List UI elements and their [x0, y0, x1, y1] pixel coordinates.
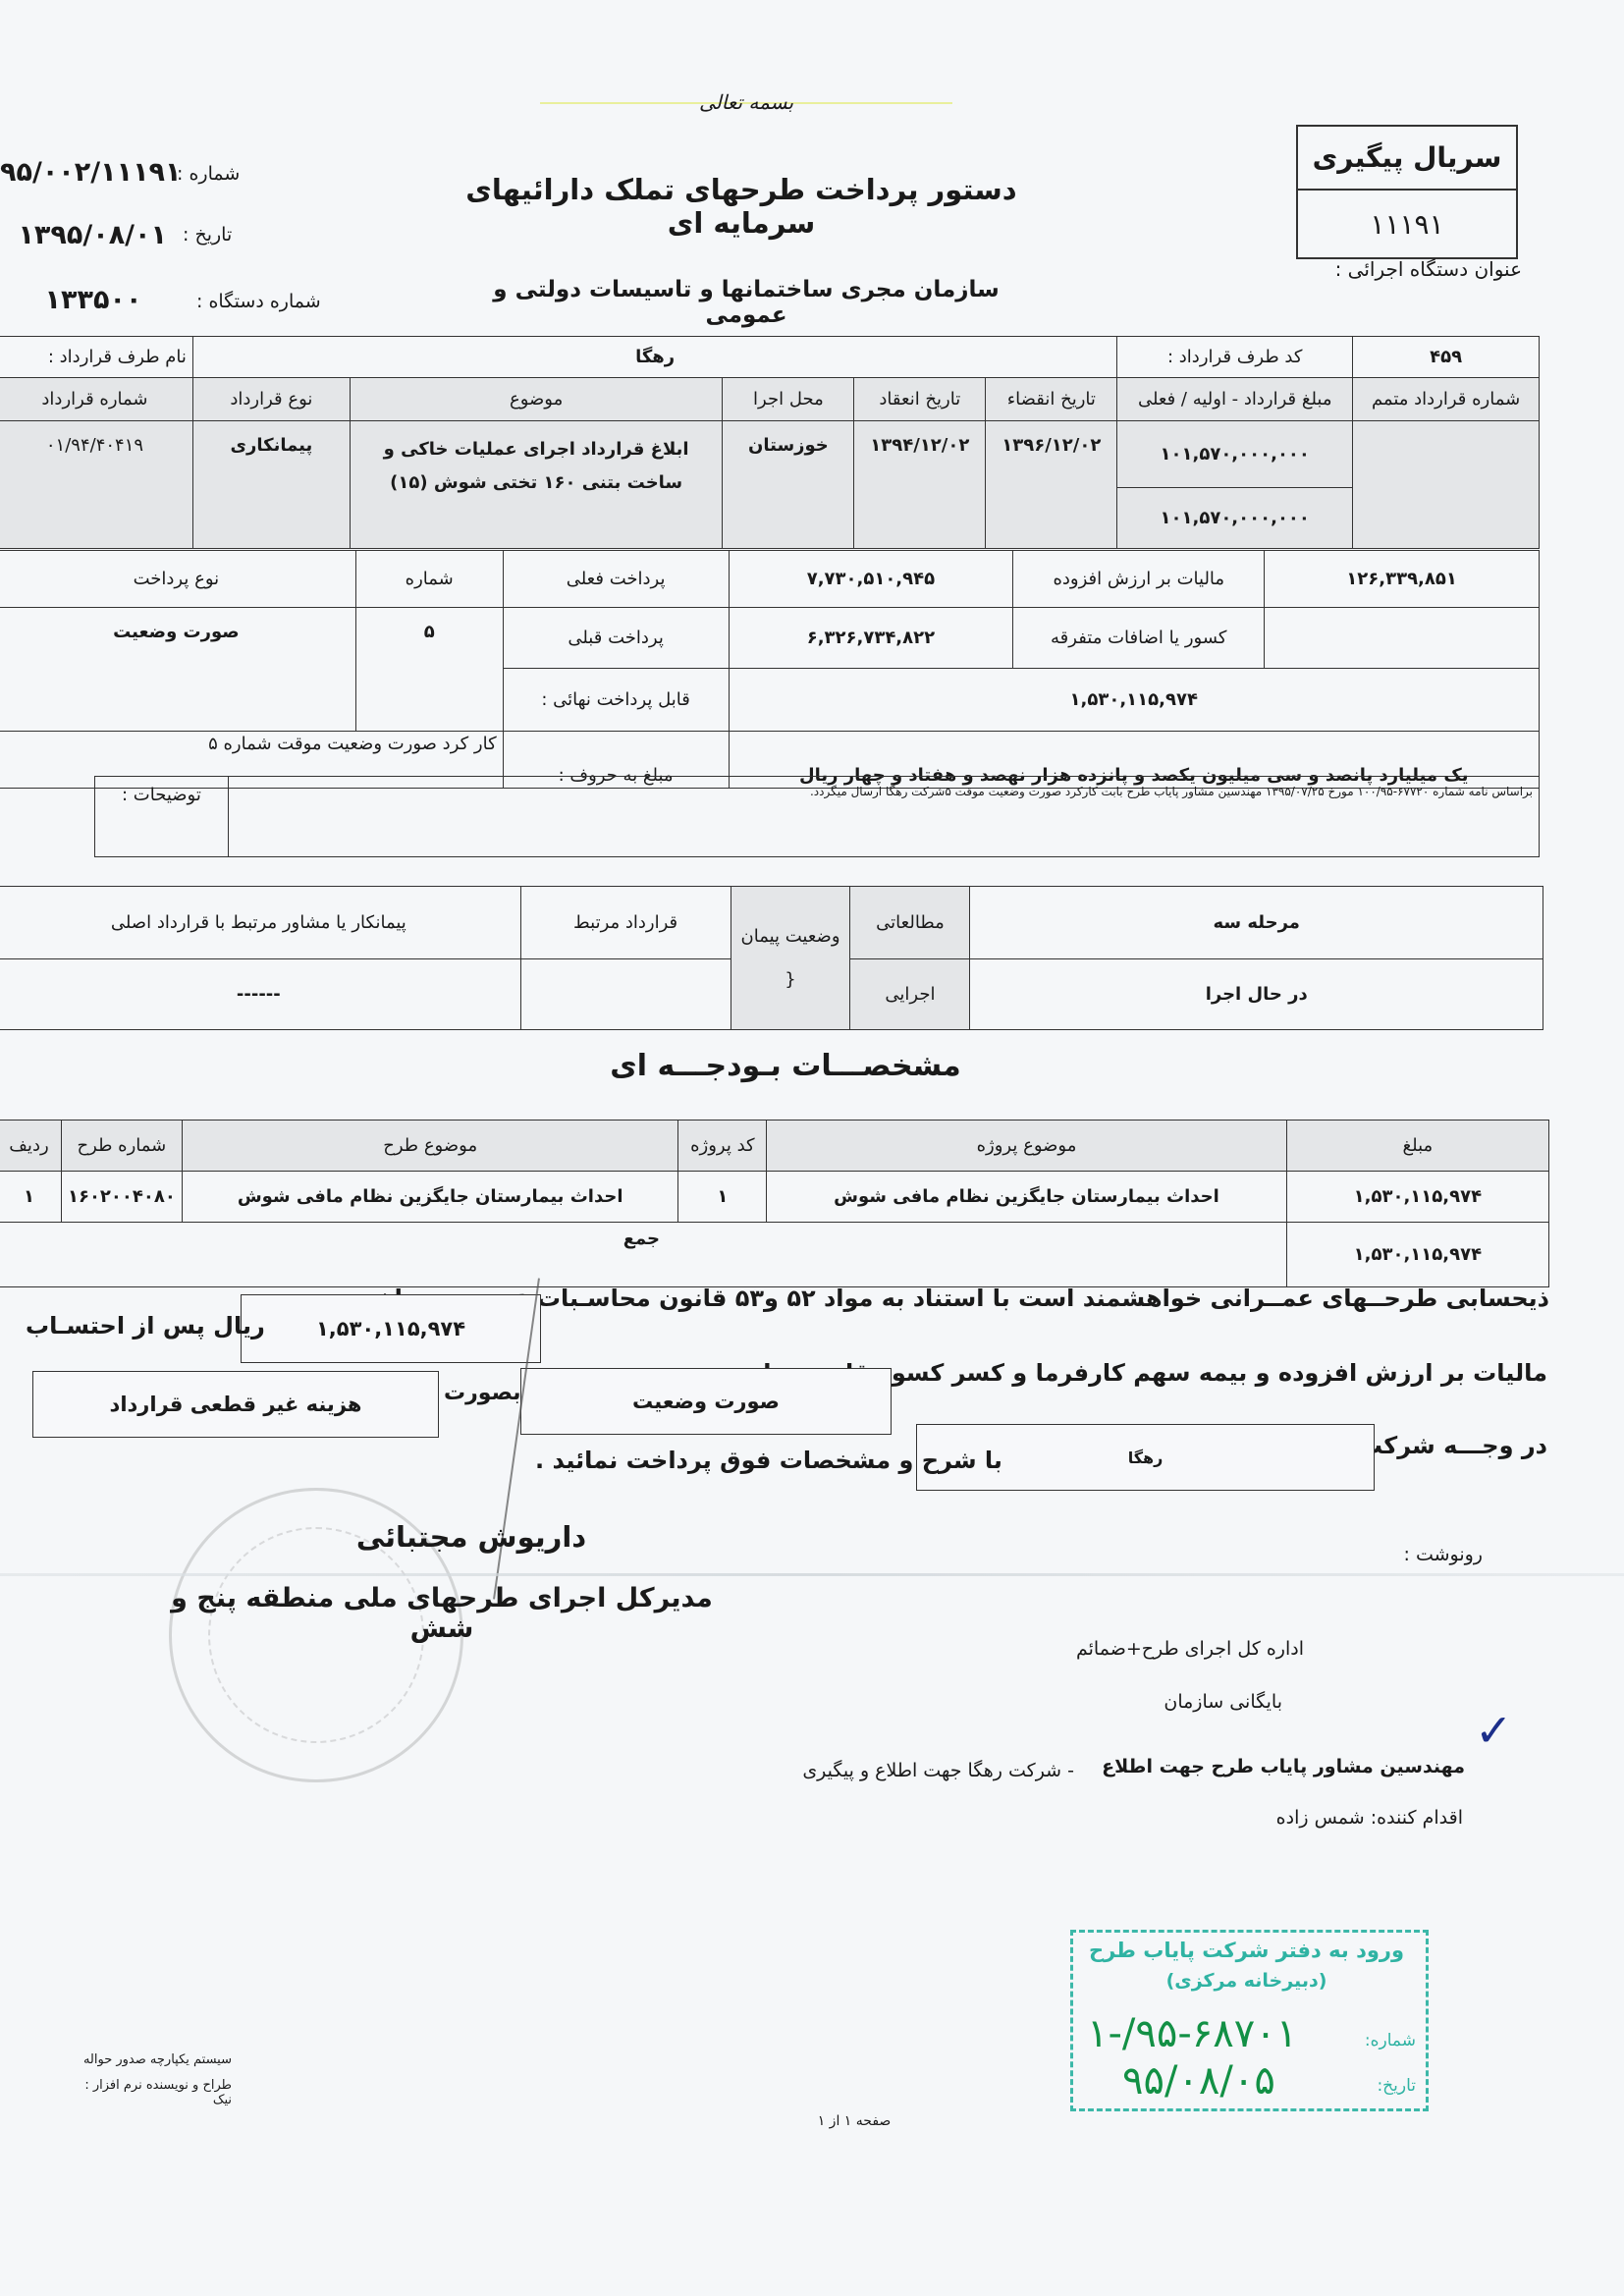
party-code-value: ۴۵۹ — [1353, 337, 1540, 378]
order-line-1: ذیحسابی طرحــهای عمــرانی خواهشمند است ب… — [377, 1285, 1549, 1312]
conclusion-date-value: ۱۳۹۴/۱۲/۰۲ — [854, 421, 986, 549]
order-line-3: در وجـــه شرکت — [1359, 1432, 1547, 1459]
order-line-3-end: با شرح و مشخصات فوق پرداخت نمائید . — [535, 1447, 1002, 1474]
vat-label: مالیات بر ارزش افزوده — [1013, 551, 1265, 608]
budget-project-code: ۱ — [678, 1172, 767, 1223]
checkmark-icon: ✓ — [1475, 1704, 1513, 1757]
current-payment-label: پرداخت فعلی — [503, 551, 729, 608]
budget-table: مبلغ موضوع پروژه کد پروژه موضوع طرح شمار… — [0, 1120, 1549, 1287]
order-as-label: بصورت — [444, 1381, 521, 1405]
description-margin — [0, 777, 94, 857]
amount-current-value: ۱۰۱,۵۷۰,۰۰۰,۰۰۰ — [1117, 488, 1353, 549]
execution-value: در حال اجرا — [970, 959, 1543, 1030]
final-payable-value: ۱,۵۳۰,۱۱۵,۹۷۴ — [729, 669, 1540, 732]
number-value: ۹۵/۰۰۲/۱۱۱۹۱ — [0, 157, 167, 188]
misc-value — [1265, 608, 1540, 669]
copy-item-2: بایگانی سازمان — [1164, 1691, 1282, 1713]
payment-order-document: بسمه تعالی سریال پیگیری ۱۱۱۹۱ دستور پردا… — [0, 0, 1624, 2296]
col-project-subject: موضوع پروژه — [767, 1121, 1286, 1172]
supplement-number-value — [1353, 421, 1540, 549]
payment-table: ۱۲۶,۳۳۹,۸۵۱ مالیات بر ارزش افزوده ۷,۷۳۰,… — [0, 550, 1540, 789]
order-amount-box: ۱,۵۳۰,۱۱۵,۹۷۴ — [241, 1294, 541, 1363]
payment-previous-row: کسور یا اضافات متفرقه ۶,۳۲۶,۷۳۴,۸۲۲ پردا… — [0, 608, 1540, 669]
contract-data-row: ۱۰۱,۵۷۰,۰۰۰,۰۰۰ ۱۳۹۶/۱۲/۰۲ ۱۳۹۴/۱۲/۰۲ خو… — [0, 421, 1540, 488]
document-title: دستور پرداخت طرحهای تملک دارائیهای سرمای… — [432, 173, 1051, 240]
contract-number-value: ۰۱/۹۴/۴۰۴۱۹ — [0, 421, 192, 549]
budget-row: ۱,۵۳۰,۱۱۵,۹۷۴ احداث بیمارستان جایگزین نظ… — [0, 1172, 1549, 1223]
signatory-title: مدیرکل اجرای طرحهای ملی منطقه پنج و شش — [167, 1583, 717, 1644]
budget-row-number: ۱ — [0, 1172, 61, 1223]
col-contract-type: نوع قرارداد — [192, 378, 350, 421]
stamp-date-value: ۹۵/۰۸/۰۵ — [1122, 2058, 1275, 2104]
number-label: شماره : — [177, 163, 240, 185]
page-number: صفحه ۱ از ۱ — [805, 2113, 903, 2129]
current-payment-value: ۷,۷۳۰,۵۱۰,۹۴۵ — [729, 551, 1013, 608]
copy-item-3: مهندسین مشاور پایاب طرح جهت اطلاع — [1102, 1756, 1465, 1777]
col-plan-subject: موضوع طرح — [182, 1121, 678, 1172]
party-name-value: رهگا — [192, 337, 1116, 378]
budget-section-title: مشخصـــات بـودجـــه ای — [511, 1049, 1060, 1083]
vat-value: ۱۲۶,۳۳۹,۸۵۱ — [1265, 551, 1540, 608]
budget-total-label: جمع — [0, 1223, 1286, 1287]
order-reason-box: صورت وضعیت — [520, 1368, 892, 1435]
budget-total-row: ۱,۵۳۰,۱۱۵,۹۷۴ جمع — [0, 1223, 1549, 1287]
contract-party-row: ۴۵۹ کد طرف قرارداد : رهگا نام طرف قراردا… — [0, 337, 1540, 378]
payment-current-row: ۱۲۶,۳۳۹,۸۵۱ مالیات بر ارزش افزوده ۷,۷۳۰,… — [0, 551, 1540, 608]
agency-label: عنوان دستگاه اجرائی : — [1286, 257, 1522, 281]
location-value: خوزستان — [723, 421, 854, 549]
related-contractor-label: پیمانکار یا مشاور مرتبط با قرارداد اصلی — [0, 887, 520, 959]
tracking-serial-box: سریال پیگیری ۱۱۱۹۱ — [1296, 125, 1518, 259]
col-amount: مبلغ — [1286, 1121, 1548, 1172]
misc-label: کسور یا اضافات متفرقه — [1013, 608, 1265, 669]
final-payable-label: قابل پرداخت نهائی : — [503, 669, 729, 732]
col-location: محل اجرا — [723, 378, 854, 421]
related-contract-label: قرارداد مرتبط — [520, 887, 731, 959]
tracking-serial-value: ۱۱۱۹۱ — [1298, 191, 1516, 257]
previous-payment-label: پرداخت قبلی — [503, 608, 729, 669]
action-by: اقدام کننده: شمس زاده — [1276, 1807, 1463, 1829]
payment-type-label: نوع پرداخت — [0, 551, 355, 608]
budget-plan-subject: احداث بیمارستان جایگزین نظام مافی شوش — [182, 1172, 678, 1223]
contract-type-value: پیمانکاری — [192, 421, 350, 549]
budget-total-value: ۱,۵۳۰,۱۱۵,۹۷۴ — [1286, 1223, 1548, 1287]
payment-type-value: صورت وضعیت — [0, 608, 355, 732]
invocation: بسمه تعالی — [540, 90, 952, 114]
description-text: براساس نامه شماره ۶۷۷۲۰-۱۰۰/۹۵ مورخ ۱۳۹۵… — [228, 777, 1539, 857]
related-contractor-value: ------ — [0, 959, 520, 1030]
study-label: مطالعاتی — [850, 887, 970, 959]
fold-line — [0, 1573, 1624, 1576]
related-contract-value — [520, 959, 731, 1030]
col-plan-number: شماره طرح — [61, 1121, 182, 1172]
payment-number-value: ۵ — [355, 608, 503, 732]
col-subject: موضوع — [350, 378, 723, 421]
previous-payment-value: ۶,۳۲۶,۷۳۴,۸۲۲ — [729, 608, 1013, 669]
col-expiry-date: تاریخ انقضاء — [986, 378, 1117, 421]
contract-table: ۴۵۹ کد طرف قرارداد : رهگا نام طرف قراردا… — [0, 336, 1540, 549]
payment-number-label: شماره — [355, 551, 503, 608]
entry-stamp: ورود به دفتر شرکت پایاب طرح (دبیرخانه مر… — [1070, 1930, 1429, 2111]
budget-plan-number: ۱۶۰۲۰۰۴۰۸۰ — [61, 1172, 182, 1223]
description-table: براساس نامه شماره ۶۷۷۲۰-۱۰۰/۹۵ مورخ ۱۳۹۵… — [0, 776, 1540, 857]
order-line-1-end: ریال پس از احتسـاب — [26, 1312, 265, 1339]
party-code-label: کد طرف قرارداد : — [1117, 337, 1353, 378]
contract-status-label: وضعیت پیمان { — [731, 887, 850, 1030]
party-name-label: نام طرف قرارداد : — [0, 337, 192, 378]
tracking-serial-label: سریال پیگیری — [1298, 127, 1516, 191]
col-project-code: کد پروژه — [678, 1121, 767, 1172]
date-label: تاریخ : — [183, 224, 232, 246]
budget-amount: ۱,۵۳۰,۱۱۵,۹۷۴ — [1286, 1172, 1548, 1223]
col-conclusion-date: تاریخ انعقاد — [854, 378, 986, 421]
study-value: مرحله سه — [970, 887, 1543, 959]
description-label: توضیحات : — [94, 777, 228, 857]
agency-number-value: ۱۳۳۵۰۰ — [20, 285, 167, 315]
stamp-number-label: شماره: — [1365, 2031, 1416, 2050]
copy-item-4: - شرکت رهگا جهت اطلاع و پیگیری — [802, 1760, 1074, 1781]
col-contract-number: شماره قرارداد — [0, 378, 192, 421]
budget-project-subject: احداث بیمارستان جایگزین نظام مافی شوش — [767, 1172, 1286, 1223]
footer-system-line-2: طراح و نویسنده نرم افزار : نیک — [65, 2078, 232, 2107]
stamp-number-value: ۱-/۹۵-۶۸۷۰۱ — [1087, 2011, 1297, 2056]
contract-header-row: شماره قرارداد متمم مبلغ قرارداد - اولیه … — [0, 378, 1540, 421]
agency-number-label: شماره دستگاه : — [196, 291, 321, 312]
order-form-box: هزینه غیر قطعی قرارداد — [32, 1371, 439, 1438]
contract-status-table: مرحله سه مطالعاتی وضعیت پیمان { قرارداد … — [0, 886, 1543, 1030]
stamp-date-label: تاریخ: — [1377, 2076, 1416, 2096]
copies-label: رونوشت : — [1404, 1544, 1483, 1565]
stamp-line-2: (دبیرخانه مرکزی) — [1077, 1970, 1416, 1992]
subject-value: ابلاغ قرارداد اجرای عملیات خاکی و ساخت ب… — [350, 421, 723, 549]
copy-item-1: اداره کل اجرای طرح+ضمائم — [1076, 1638, 1304, 1660]
execution-label: اجرایی — [850, 959, 970, 1030]
signatory-name: داریوش مجتبائی — [324, 1520, 619, 1554]
budget-header-row: مبلغ موضوع پروژه کد پروژه موضوع طرح شمار… — [0, 1121, 1549, 1172]
col-supplement-number: شماره قرارداد متمم — [1353, 378, 1540, 421]
amount-initial-value: ۱۰۱,۵۷۰,۰۰۰,۰۰۰ — [1117, 421, 1353, 488]
date-value: ۱۳۹۵/۰۸/۰۱ — [0, 220, 167, 250]
stamp-line-1: ورود به دفتر شرکت پایاب طرح — [1077, 1939, 1416, 1962]
expiry-date-value: ۱۳۹۶/۱۲/۰۲ — [986, 421, 1117, 549]
col-row: ردیف — [0, 1121, 61, 1172]
col-amount: مبلغ قرارداد - اولیه / فعلی — [1117, 378, 1353, 421]
organization-name: سازمان مجری ساختمانها و تاسیسات دولتی و … — [491, 277, 1001, 328]
footer-system-line-1: سیستم یکپارچه صدور حواله — [65, 2052, 232, 2067]
